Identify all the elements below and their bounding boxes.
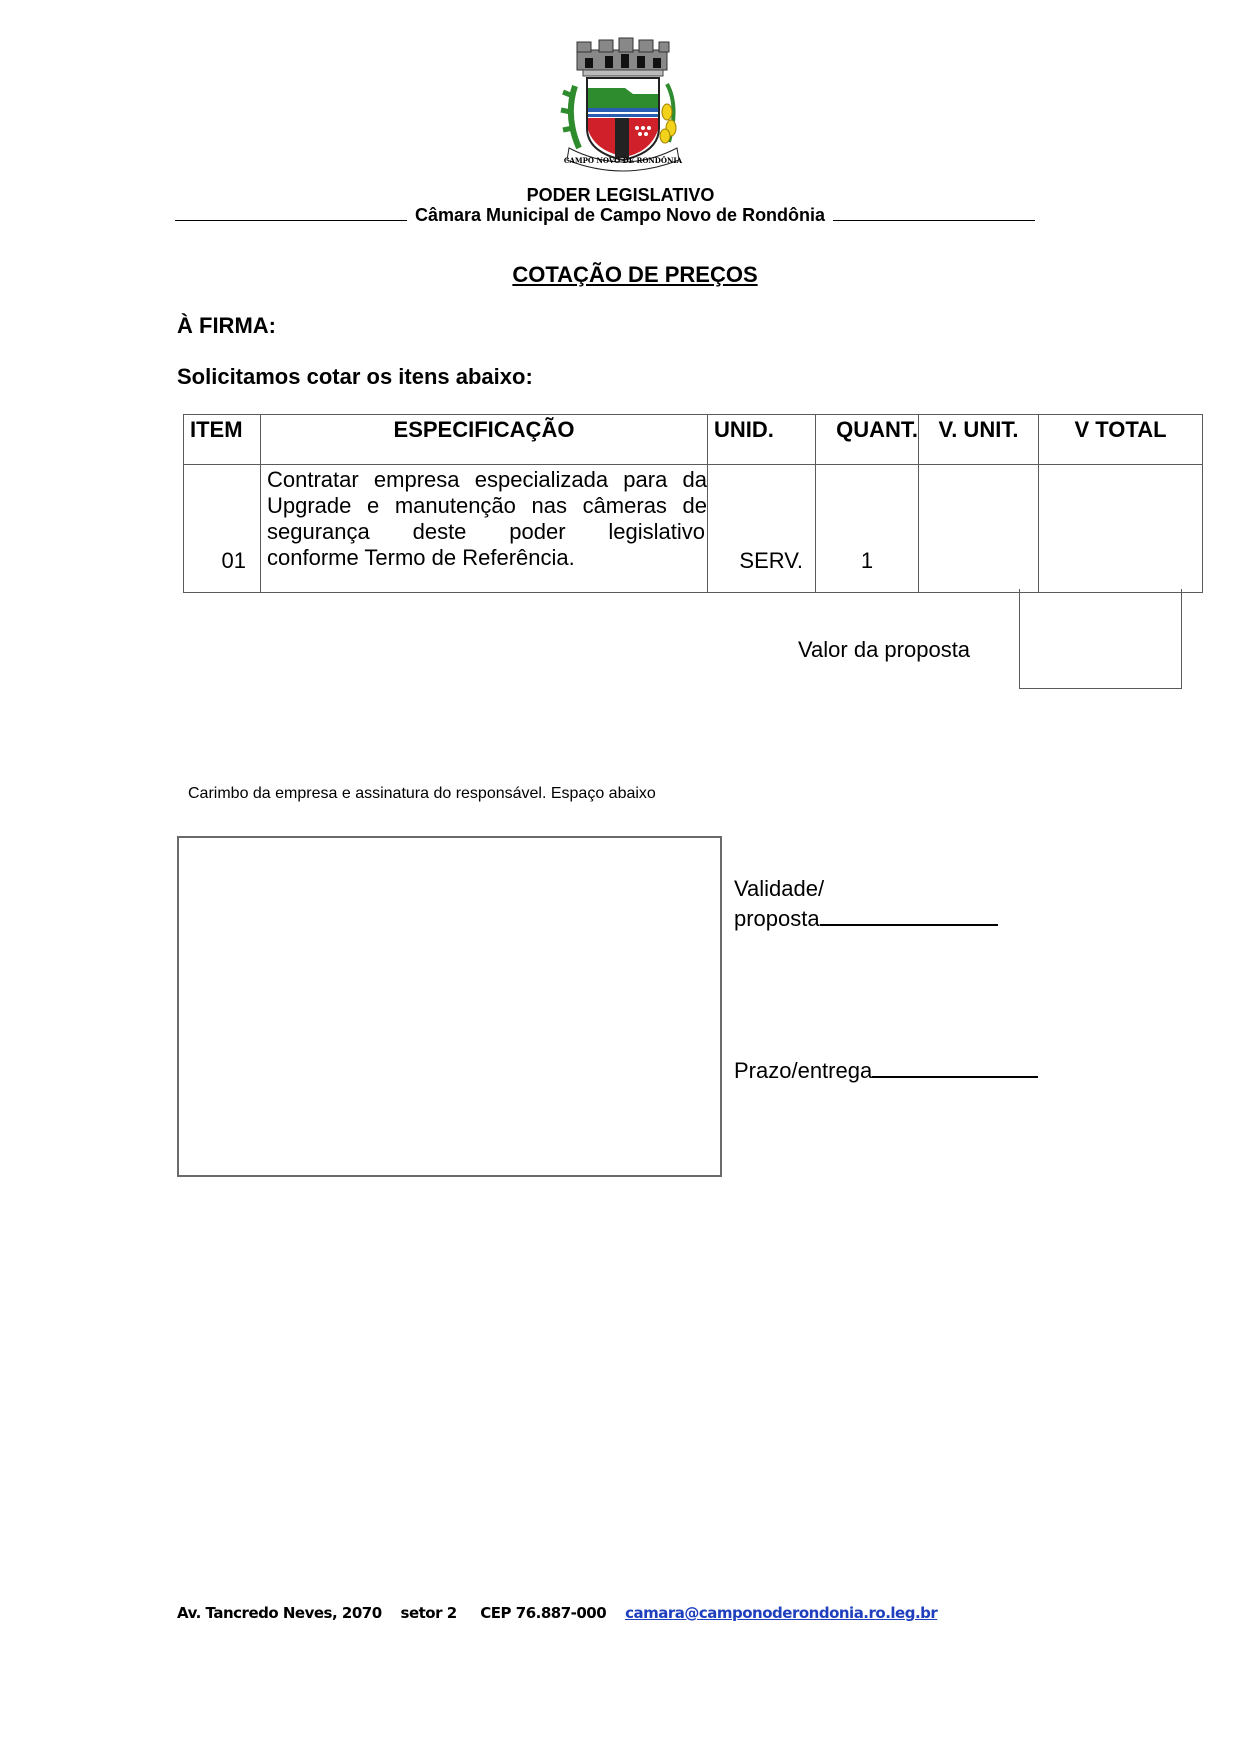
cell-v-unit[interactable]	[919, 465, 1039, 593]
request-text: Solicitamos cotar os itens abaixo:	[177, 364, 533, 390]
col-header-v-total: V TOTAL	[1039, 415, 1203, 465]
delivery-label: Prazo/entrega	[734, 1058, 872, 1083]
spec-line: Upgrade e manutenção nas câmeras de	[267, 493, 707, 519]
quotation-table: ITEM ESPECIFICAÇÃO UNID. QUANT. V. UNIT.…	[183, 414, 1203, 593]
spec-line: conforme Termo de Referência.	[267, 545, 707, 571]
table-header-row: ITEM ESPECIFICAÇÃO UNID. QUANT. V. UNIT.…	[184, 415, 1203, 465]
cell-quant: 1	[816, 465, 919, 593]
unid-value: SERV.	[739, 548, 803, 574]
header-camara-name: Câmara Municipal de Campo Novo de Rondôn…	[415, 205, 825, 225]
firma-label: À FIRMA:	[177, 313, 276, 339]
stamp-caption: Carimbo da empresa e assinatura do respo…	[188, 785, 656, 803]
municipal-crest-logo: CAMPO NOVO DE RONDÔNIA	[555, 36, 690, 172]
crest-ribbon-text: CAMPO NOVO DE RONDÔNIA	[564, 156, 683, 165]
cell-especificacao: Contratar empresa especializada para da …	[261, 465, 708, 593]
col-header-especificacao: ESPECIFICAÇÃO	[261, 415, 708, 465]
footer-email-link[interactable]: camara@camponoderondonia.ro.leg.br	[625, 1604, 937, 1622]
header-rule-right	[833, 206, 1035, 221]
col-header-quant: QUANT.	[816, 415, 919, 465]
spec-line: segurança deste poder legislativo	[267, 519, 707, 545]
item-number: 01	[222, 548, 246, 574]
validity-label-line2: proposta	[734, 906, 820, 931]
validity-field: proposta	[734, 906, 998, 932]
validity-input-line[interactable]	[820, 906, 998, 926]
quant-value: 1	[816, 548, 918, 574]
table-row: 01 Contratar empresa especializada para …	[184, 465, 1203, 593]
valor-proposta-field[interactable]	[1019, 589, 1182, 689]
validity-label-line1: Validade/	[734, 876, 824, 902]
document-title: COTAÇÃO DE PREÇOS	[0, 262, 1241, 288]
footer-address: Av. Tancredo Neves, 2070 setor 2 CEP 76.…	[177, 1604, 625, 1622]
header-poder-legislativo: PODER LEGISLATIVO	[0, 185, 1241, 206]
delivery-input-line[interactable]	[872, 1058, 1038, 1078]
cell-item: 01	[184, 465, 261, 593]
col-header-v-unit: V. UNIT.	[919, 415, 1039, 465]
cell-unid: SERV.	[708, 465, 816, 593]
cell-v-total[interactable]	[1039, 465, 1203, 593]
col-header-quant-text: QUANT.	[836, 417, 918, 442]
col-header-item: ITEM	[184, 415, 261, 465]
spec-text: Contratar empresa especializada para da …	[261, 465, 707, 571]
col-header-unid: UNID.	[708, 415, 816, 465]
coat-of-arms-icon: CAMPO NOVO DE RONDÔNIA	[555, 36, 690, 172]
footer-address-line: Av. Tancredo Neves, 2070 setor 2 CEP 76.…	[177, 1604, 937, 1622]
valor-proposta-label: Valor da proposta	[798, 637, 970, 663]
spec-line: Contratar empresa especializada para da	[267, 467, 707, 493]
header-camara-name-line: Câmara Municipal de Campo Novo de Rondôn…	[175, 205, 1035, 226]
stamp-signature-box[interactable]	[177, 836, 722, 1177]
delivery-field: Prazo/entrega	[734, 1058, 1038, 1084]
header-rule-left	[175, 206, 407, 221]
